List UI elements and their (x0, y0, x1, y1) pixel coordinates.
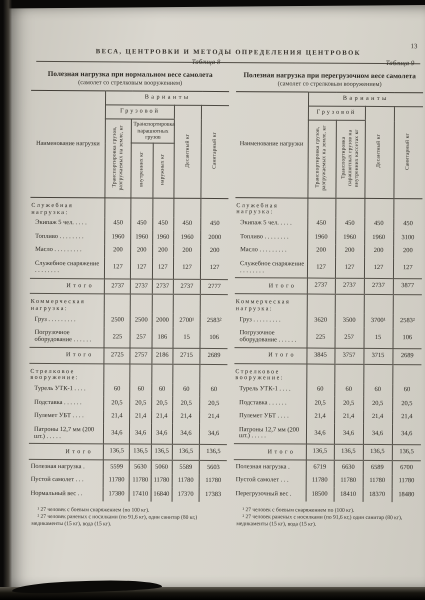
cell-value: 34,6 (172, 424, 199, 445)
cell-value (173, 364, 200, 384)
row-label: Подставка . . . . . . (29, 396, 104, 410)
cell-value: 1960 (307, 231, 335, 245)
column-group-variants: Варианты (106, 91, 229, 106)
cell-value: 200 (364, 245, 393, 259)
row-label: Итого (235, 278, 307, 294)
column-header-sanitary: Санитарный кг (201, 106, 229, 199)
row-label: Экипаж 5 чел. . . . . (235, 217, 307, 231)
cell-value: 257 (130, 327, 151, 348)
cell-value: 200 (393, 245, 422, 259)
table-row: Итого2737273727373877 (235, 278, 422, 295)
table-row: Полезная нагрузка .55995630506055895603 (29, 460, 227, 475)
cell-value (131, 294, 152, 314)
row-label: Служебная нагрузка: (30, 197, 105, 217)
cell-value: 136,5 (363, 445, 392, 461)
cell-value: 450 (307, 217, 335, 231)
row-label: Служебное снаряжение . . . . . . . . (235, 257, 307, 278)
cell-value: 200 (152, 244, 173, 258)
row-label: Экипаж 5 чел. . . . . (30, 217, 105, 231)
row-label: Итого (29, 444, 104, 460)
column-group-parachute-cargo: Транспортировка парашютных грузов (132, 119, 175, 143)
cell-value: 2186 (152, 348, 173, 364)
cell-value: 34,6 (104, 423, 130, 444)
cell-value (174, 198, 201, 218)
cell-value (152, 198, 173, 218)
cell-value: 2583² (393, 314, 422, 328)
tables-area: Таблица 8 Полезная нагрузка при нормальн… (28, 56, 423, 530)
row-label: Погрузочное оборудование . . . . . . (235, 327, 307, 348)
cell-value: 2500 (131, 314, 152, 328)
cell-value: 136,5 (306, 444, 334, 460)
row-label: Пулемет УБТ . . . . (234, 410, 306, 424)
cell-value: 60 (151, 384, 172, 398)
table-row: Служебная нагрузка: (30, 197, 228, 218)
table-row: Полезная нагрузка .6719663065896700 (234, 460, 421, 475)
cell-value: 5603 (199, 461, 226, 475)
cell-value: 3500 (335, 314, 364, 328)
cell-value: 450 (131, 217, 152, 231)
column-group-variants: Варианты (308, 92, 423, 107)
table-row: Топливо . . . . . . . .1960196019603100 (235, 230, 422, 245)
cell-value (130, 364, 151, 384)
row-label: Итого (234, 444, 306, 460)
cell-value (200, 295, 227, 315)
row-label: Полезная нагрузка . (234, 460, 306, 474)
cell-value (201, 198, 228, 218)
column-header-load-name: Наименование нагрузки (235, 92, 308, 198)
cell-value: 11780 (363, 475, 392, 489)
cell-value: 127 (393, 258, 422, 279)
cell-value: 200 (131, 244, 152, 258)
cell-value: 18500 (306, 488, 334, 502)
cell-value: 200 (335, 244, 364, 258)
table-row: Топливо . . . . . . . .19601960196019602… (30, 230, 228, 245)
cell-value: 60 (392, 384, 421, 398)
cell-value: 20,5 (306, 397, 334, 411)
cell-value: 11780 (172, 474, 199, 488)
cell-value: 20,5 (200, 397, 227, 411)
cell-value: 136,5 (130, 444, 151, 460)
cell-value: 225 (104, 327, 130, 348)
footnote: ² 27 человек раненых с носилками (по 91,… (236, 514, 418, 529)
cell-value: 5589 (172, 461, 199, 475)
table-row: Коммерческая нагрузка: (30, 294, 228, 315)
cell-value: 20,5 (104, 397, 130, 411)
normal-weight-load-table: Наименование нагрузки Варианты Грузовой … (29, 90, 230, 501)
cell-value: 18370 (363, 488, 392, 502)
cell-value: 2737 (335, 279, 364, 295)
cell-value: 20,5 (130, 397, 151, 411)
cell-value: 60 (104, 383, 130, 397)
cell-value: 2000 (201, 231, 228, 245)
table-row: Масло . . . . . . . . .200200200200 (235, 244, 422, 259)
cell-value (306, 364, 334, 384)
column-header-parachute-cassettes: Транспортировка парашютных грузов на вну… (335, 121, 364, 199)
cell-value: 17410 (130, 488, 151, 502)
cell-value: 2737 (105, 278, 131, 294)
cell-value (393, 295, 422, 315)
cell-value: 21,4 (334, 410, 363, 424)
table-row: Турель УТК-1 . . . .6060606060 (29, 383, 227, 398)
cell-value: 21,4 (306, 410, 334, 424)
cell-value: 127 (335, 258, 364, 279)
cell-value: 2737 (364, 279, 393, 295)
cell-value (104, 294, 130, 314)
cell-value: 450 (393, 218, 422, 232)
table-9-block: Таблица 9 Полезная нагрузка при перегруз… (233, 57, 423, 530)
table-row: Пулемет УБТ . . . .21,421,421,421,4 (234, 410, 421, 425)
table-row: Экипаж 5 чел. . . . .450450450450450 (30, 217, 228, 232)
cell-value: 2700¹ (173, 314, 200, 328)
cell-value: 2757 (130, 348, 151, 364)
cell-value: 450 (335, 218, 364, 232)
cell-value: 3620 (307, 314, 335, 328)
cell-value: 60 (173, 384, 200, 398)
table-row: Итого27252757218627152689 (29, 347, 227, 364)
page-number: 13 (411, 43, 418, 50)
cell-value (392, 365, 421, 385)
table-row: Итого136,5136,5136,5136,5136,5 (29, 444, 227, 461)
cell-value: 21,4 (130, 410, 151, 424)
column-header-sanitary: Санитарный кг (393, 107, 423, 199)
row-label: Итого (30, 278, 105, 294)
cell-value: 34,6 (306, 424, 334, 445)
cell-value: 127 (105, 258, 131, 279)
cell-value: 15 (173, 327, 200, 348)
table-row: Перегрузочный вес .18500184101837018480 (234, 487, 421, 502)
cell-value: 17383 (199, 488, 226, 502)
row-label: Стрелковое вооружение: (29, 363, 104, 383)
row-label: Груз . . . . . . . . . (30, 313, 105, 327)
table-8-caption: Таблица 8 (31, 58, 220, 66)
row-label: Груз . . . . . . . . . (235, 313, 307, 327)
cell-value: 3700¹ (364, 314, 393, 328)
cell-value: 21,4 (172, 410, 199, 424)
cell-value: 2500 (104, 314, 130, 328)
cell-value: 18480 (392, 488, 421, 502)
cell-value (105, 198, 131, 218)
cell-value: 106 (393, 328, 422, 349)
cell-value: 21,4 (200, 411, 227, 425)
cell-value: 127 (173, 258, 200, 279)
cell-value: 17380 (103, 487, 129, 501)
cell-value: 11780 (334, 474, 363, 488)
cell-value: 1960 (174, 231, 201, 245)
table-row: Служебное снаряжение . . . . . . . .1271… (30, 257, 228, 279)
cell-value (393, 199, 422, 219)
table-row: Итого3845375737152689 (234, 348, 421, 365)
cell-value: 1960 (152, 231, 173, 245)
cell-value (152, 295, 173, 315)
table-9-subtitle: (самолет со стрелковым вооружением) (236, 80, 423, 88)
column-header-landing: Десантный кг (174, 106, 202, 199)
cell-value: 136,5 (334, 445, 363, 461)
cell-value: 20,5 (334, 397, 363, 411)
row-label: Стрелковое вооружение: (234, 364, 306, 384)
cell-value: 2000 (152, 314, 173, 328)
column-group-cargo: Грузовой (106, 105, 175, 119)
cell-value (334, 364, 363, 384)
cell-value: 60 (363, 384, 392, 398)
cell-value: 3715 (363, 348, 392, 364)
table-9-header: Наименование нагрузки Варианты Грузовой … (235, 92, 423, 199)
row-label: Нормальный вес . . (29, 487, 104, 501)
row-label: Подставка . . . . . . (234, 396, 306, 410)
cell-value: 136,5 (392, 445, 421, 461)
cell-value: 2737 (152, 279, 173, 295)
cell-value: 34,6 (363, 424, 392, 445)
cell-value: 60 (200, 384, 227, 398)
cell-value: 450 (105, 217, 131, 231)
cell-value (364, 198, 393, 218)
cell-value (363, 364, 392, 384)
cell-value: 6630 (334, 461, 363, 475)
table-8-footnotes: ¹ 27 человек с боевым снаряжением (по 10… (28, 506, 226, 529)
cell-value: 225 (307, 327, 335, 348)
cell-value: 20,5 (392, 397, 421, 411)
cell-value: 15 (364, 328, 393, 349)
cell-value: 1960 (335, 231, 364, 245)
cell-value: 34,6 (334, 424, 363, 445)
row-label: Пустой самолет . . . (234, 474, 306, 488)
cell-value: 200 (105, 244, 131, 258)
cell-value: 11780 (392, 475, 421, 489)
cell-value: 11780 (130, 474, 151, 488)
cell-value: 450 (201, 218, 228, 232)
cell-value: 11780 (103, 474, 129, 488)
cell-value (200, 364, 227, 384)
cell-value: 200 (307, 244, 335, 258)
table-row: Итого136,5136,5136,5136,5 (234, 444, 421, 461)
cell-value: 2583² (200, 314, 227, 328)
cell-value (307, 294, 335, 314)
cell-value: 11780 (199, 475, 226, 489)
column-header-external: наружных кг (153, 143, 175, 198)
table-row: Стрелковое вооружение: (29, 363, 227, 384)
cell-value: 20,5 (363, 397, 392, 411)
cell-value: 16840 (151, 488, 172, 502)
cell-value: 127 (364, 258, 393, 279)
cell-value: 3100 (393, 231, 422, 245)
table-row: Служебная нагрузка: (235, 198, 422, 219)
cell-value: 127 (307, 258, 335, 279)
table-row: Пулемет УБТ . . . .21,421,421,421,421,4 (29, 410, 227, 425)
cell-value: 136,5 (172, 445, 199, 461)
table-8-subtitle: (самолет со стрелковым вооружением) (31, 79, 229, 87)
cell-value: 34,6 (130, 424, 151, 445)
cell-value: 11780 (151, 474, 172, 488)
cell-value: 136,5 (151, 445, 172, 461)
column-group-cargo: Грузовой (308, 106, 365, 120)
cell-value: 60 (306, 383, 334, 397)
table-8-body: Служебная нагрузка:Экипаж 5 чел. . . . .… (29, 197, 229, 501)
cell-value: 34,6 (151, 424, 172, 445)
book-spine-shadow (0, 0, 12, 600)
cell-value (151, 364, 172, 384)
row-label: Турель УТК-1 . . . . (29, 383, 104, 397)
table-row: Подставка . . . . . .20,520,520,520,520,… (29, 396, 227, 411)
row-label: Пулемет УБТ . . . . (29, 410, 104, 424)
cell-value: 136,5 (199, 445, 226, 461)
cell-value: 6719 (306, 460, 334, 474)
paper-sheet: ВЕСА, ЦЕНТРОВКИ И МЕТОДЫ ОПРЕДЕЛЕНИЯ ЦЕН… (7, 5, 425, 589)
column-header-internal: внутренних кг (131, 143, 153, 198)
table-8-header: Наименование нагрузки Варианты Грузовой … (30, 91, 229, 199)
row-label: Служебное снаряжение . . . . . . . . (30, 257, 105, 278)
cell-value: 2725 (104, 348, 130, 364)
cell-value: 136,5 (104, 444, 130, 460)
row-label: Перегрузочный вес . (234, 487, 306, 501)
cell-value: 60 (130, 383, 151, 397)
cell-value: 34,6 (392, 424, 421, 445)
table-9-title: Полезная нагрузка при перегрузочном весе… (236, 71, 423, 80)
cell-value (335, 295, 364, 315)
table-row: Турель УТК-1 . . . .60606060 (234, 383, 421, 398)
cell-value: 21,4 (363, 411, 392, 425)
cell-value (335, 198, 364, 218)
row-label: Масло . . . . . . . . . (235, 244, 307, 258)
cell-value: 5060 (151, 460, 172, 474)
row-label: Масло . . . . . . . . . (30, 244, 105, 258)
cell-value: 450 (364, 218, 393, 232)
row-label: Погрузочное оборудование . . . . . . (30, 327, 105, 348)
cell-value: 1960 (364, 231, 393, 245)
cell-value: 1960 (105, 231, 131, 245)
cell-value: 257 (335, 327, 364, 348)
cell-value: 2689 (392, 349, 421, 365)
column-header-ground-cargo: Транспортировка грузов, разгружаемых на … (105, 119, 132, 198)
cell-value: 450 (174, 218, 201, 232)
table-row: Служебное снаряжение . . . . . . . .1271… (235, 257, 422, 279)
table-row: Пустой самолет . . .11780117801178011780… (29, 474, 227, 489)
column-header-ground-cargo: Транспортировка грузов, разгружаемых на … (307, 120, 335, 198)
cell-value (307, 198, 335, 218)
table-row: Подставка . . . . . .20,520,520,520,5 (234, 396, 421, 411)
cell-value: 127 (201, 258, 228, 279)
cell-value: 450 (152, 218, 173, 232)
cell-value: 5630 (130, 460, 151, 474)
cell-value: 200 (201, 245, 228, 259)
row-label: Топливо . . . . . . . . (30, 230, 105, 244)
table-row: Погрузочное оборудование . . . . . .2252… (235, 327, 422, 349)
table-9-caption: Таблица 9 (236, 59, 414, 67)
cell-value (364, 295, 393, 315)
cell-value: 1960 (131, 231, 152, 245)
table-row: Коммерческая нагрузка: (235, 294, 422, 315)
cell-value: 127 (131, 258, 152, 279)
cell-value: 2737 (307, 279, 335, 295)
cell-value: 20,5 (151, 397, 172, 411)
table-row: Погрузочное оборудование . . . . . .2252… (30, 327, 228, 349)
row-label: Коммерческая нагрузка: (235, 294, 307, 314)
table-row: Итого27372737273727372777 (30, 278, 228, 295)
cell-value (131, 198, 152, 218)
table-row: Груз . . . . . . . . .2500250020002700¹2… (30, 313, 228, 328)
cell-value: 11780 (306, 474, 334, 488)
row-label: Коммерческая нагрузка: (30, 294, 105, 314)
table-row: Экипаж 5 чел. . . . .450450450450 (235, 217, 422, 232)
cell-value: 21,4 (151, 410, 172, 424)
row-label: Пустой самолет . . . (29, 474, 104, 488)
column-header-landing: Десантный кг (364, 107, 394, 199)
table-row: Пустой самолет . . .11780117801178011780 (234, 474, 421, 489)
cell-value: 2737 (131, 278, 152, 294)
cell-value: 18410 (334, 488, 363, 502)
row-label: Патроны 12,7 мм (200 шт.) . . . . . (234, 423, 306, 444)
row-label: Итого (29, 347, 104, 363)
table-row: Нормальный вес . .1738017410168401737017… (29, 487, 227, 502)
footnote: ² 27 человек раненых с носилками (по 91,… (31, 514, 224, 529)
cell-value: 6700 (392, 461, 421, 475)
row-label: Топливо . . . . . . . . (235, 230, 307, 244)
overload-weight-load-table: Наименование нагрузки Варианты Грузовой … (234, 91, 423, 501)
cell-value: 3757 (334, 348, 363, 364)
table-row: Груз . . . . . . . . .362035003700¹2583² (235, 313, 422, 328)
cell-value: 17370 (172, 488, 199, 502)
table-8-title: Полезная нагрузка при нормальном весе са… (31, 70, 229, 79)
cell-value: 21,4 (104, 410, 130, 424)
row-label: Патроны 12,7 мм (200 шт.) . . . . . (29, 423, 104, 444)
table-9-body: Служебная нагрузка:Экипаж 5 чел. . . . .… (234, 198, 423, 502)
scanned-book-page: ВЕСА, ЦЕНТРОВКИ И МЕТОДЫ ОПРЕДЕЛЕНИЯ ЦЕН… (0, 0, 425, 600)
cell-value: 34,6 (200, 424, 227, 445)
cell-value: 2777 (200, 279, 227, 295)
cell-value: 3845 (306, 348, 334, 364)
page-content: ВЕСА, ЦЕНТРОВКИ И МЕТОДЫ ОПРЕДЕЛЕНИЯ ЦЕН… (5, 4, 425, 591)
table-row: Стрелковое вооружение: (234, 364, 421, 385)
cell-value: 200 (173, 245, 200, 259)
cell-value: 20,5 (173, 397, 200, 411)
row-label: Итого (234, 348, 306, 364)
row-label: Служебная нагрузка: (235, 198, 307, 218)
cell-value: 127 (152, 258, 173, 279)
cell-value: 60 (334, 384, 363, 398)
cell-value (104, 364, 130, 384)
cell-value: 2689 (200, 348, 227, 364)
cell-value: 3877 (393, 279, 422, 295)
table-row: Масло . . . . . . . . .200200200200200 (30, 244, 228, 259)
row-label: Турель УТК-1 . . . . (234, 383, 306, 397)
cell-value: 186 (152, 327, 173, 348)
table-9-footnotes: ¹ 27 человек с боевым снаряжением по (10… (233, 507, 420, 530)
row-label: Полезная нагрузка . (29, 460, 104, 474)
table-8-block: Таблица 8 Полезная нагрузка при нормальн… (28, 56, 229, 529)
column-header-load-name: Наименование нагрузки (30, 91, 105, 198)
cell-value: 5599 (103, 460, 129, 474)
cell-value: 21,4 (392, 411, 421, 425)
table-row: Патроны 12,7 мм (200 шт.) . . . . .34,63… (234, 423, 421, 445)
cell-value: 2737 (173, 279, 200, 295)
cell-value: 6589 (363, 461, 392, 475)
cell-value: 106 (200, 328, 227, 349)
cell-value (173, 295, 200, 315)
cell-value: 2715 (173, 348, 200, 364)
table-row: Патроны 12,7 мм (200 шт.) . . . . .34,63… (29, 423, 227, 445)
